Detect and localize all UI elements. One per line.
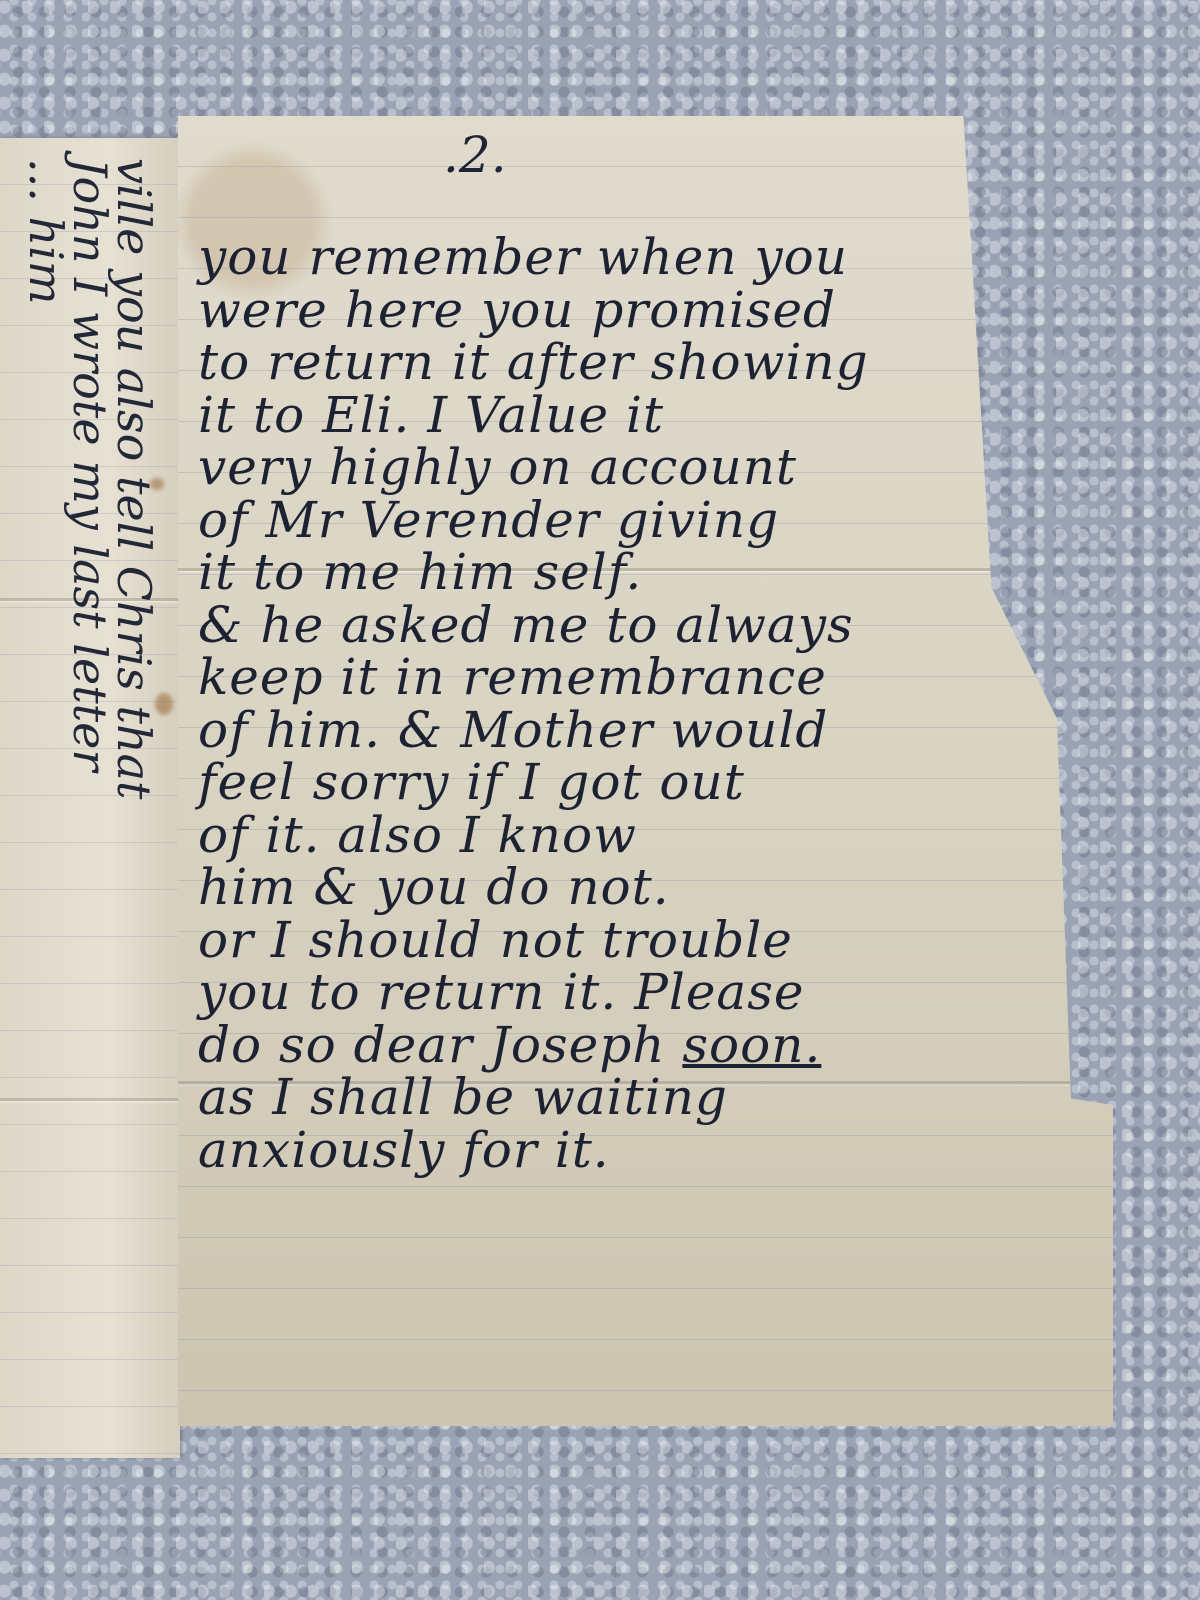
left-page-text: ville you also tell Chris that John I wr…	[24, 158, 156, 1398]
letter-line: were here you promised	[198, 284, 1098, 337]
letter-text: do so dear Joseph	[198, 1016, 665, 1074]
letter-line: of Mr Verender giving	[198, 494, 1098, 547]
left-line: ville you also tell Chris that	[112, 158, 156, 1398]
page-number: .2.	[443, 126, 507, 184]
letter-line: or I should not trouble	[198, 914, 1098, 967]
letter-line: you to return it. Please	[198, 966, 1098, 1019]
left-line: John I wrote my last letter	[68, 158, 112, 1398]
letter-line: you remember when you	[198, 231, 1098, 284]
letter-line: it to me him self.	[198, 546, 1098, 599]
letter-line: of him. & Mother would	[198, 704, 1098, 757]
letter-line: do so dear Joseph soon.	[198, 1019, 1098, 1072]
letter-line: feel sorry if I got out	[198, 756, 1098, 809]
left-page: ville you also tell Chris that John I wr…	[0, 138, 180, 1458]
letter-line: & he asked me to always	[198, 599, 1098, 652]
letter-line: of it. also I know	[198, 809, 1098, 862]
letter-line: anxiously for it.	[198, 1124, 1098, 1177]
emphasized-word: soon.	[682, 1016, 821, 1074]
letter-line: it to Eli. I Value it	[198, 389, 1098, 442]
letter-line: him & you do not.	[198, 861, 1098, 914]
letter-body: you remember when you were here you prom…	[198, 231, 1098, 1176]
letter-line: to return it after showing	[198, 336, 1098, 389]
letter-line: very highly on account	[198, 441, 1098, 494]
right-page: .2. you remember when you were here you …	[178, 116, 1113, 1426]
letter-line: as I shall be waiting	[198, 1071, 1098, 1124]
letter-line: keep it in remembrance	[198, 651, 1098, 704]
left-line: ... him	[24, 158, 68, 1398]
